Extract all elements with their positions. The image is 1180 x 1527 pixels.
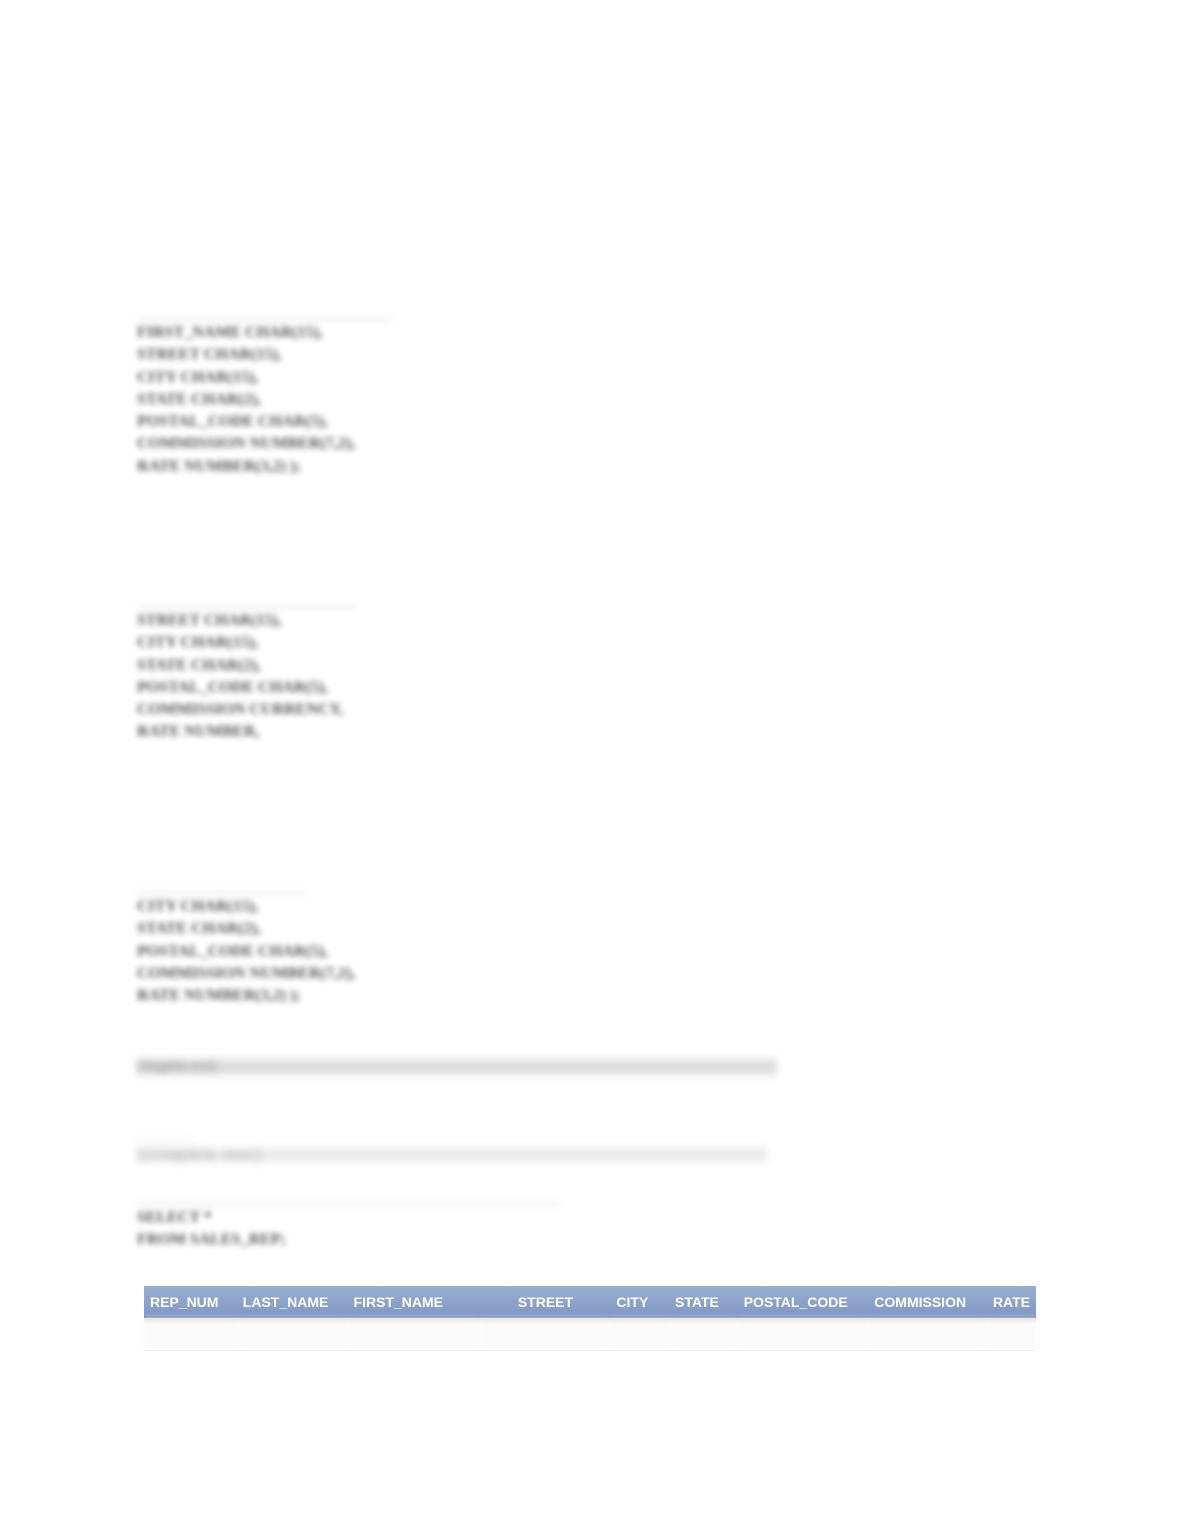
column-header-first-name: FIRST_NAME	[348, 1286, 481, 1318]
code-line: COMMISSION CURRENCY,	[137, 699, 357, 721]
code-line: FIRST_NAME CHAR(15),	[137, 322, 392, 344]
code-line: STREET CHAR(15),	[137, 610, 357, 632]
divider	[137, 606, 357, 608]
code-line: POSTAL_CODE CHAR(5),	[137, 941, 355, 963]
column-header-commission: COMMISSION	[868, 1286, 987, 1318]
code-line: RATE NUMBER(3,2) );	[137, 985, 355, 1007]
table-header-shadow	[144, 1316, 1036, 1324]
column-header-rate: RATE	[987, 1286, 1036, 1318]
code-line: STREET CHAR(15),	[137, 344, 392, 366]
create-table-block-3: CITY CHAR(15), STATE CHAR(2), POSTAL_COD…	[137, 892, 355, 1007]
code-line: COMMISSION NUMBER(7,2),	[137, 433, 392, 455]
create-table-block-2: STREET CHAR(15), CITY CHAR(15), STATE CH…	[137, 606, 357, 744]
code-line: FROM SALES_REP;	[137, 1229, 562, 1251]
code-line: POSTAL_CODE CHAR(5),	[137, 411, 392, 433]
code-line: RATE NUMBER(3,2) );	[137, 456, 392, 478]
code-line: SELECT *	[137, 1207, 562, 1229]
create-table-block-1: FIRST_NAME CHAR(15), STREET CHAR(15), CI…	[137, 318, 392, 478]
column-header-state: STATE	[669, 1286, 738, 1318]
column-header-city: CITY	[610, 1286, 669, 1318]
prose-line: [illegible text]	[137, 1059, 777, 1075]
divider	[137, 892, 307, 894]
code-line: CITY CHAR(15),	[137, 367, 392, 389]
column-header-last-name: LAST_NAME	[237, 1286, 348, 1318]
code-line: RATE NUMBER,	[137, 721, 357, 743]
code-line: STATE CHAR(2),	[137, 918, 355, 940]
code-line: CITY CHAR(15),	[137, 896, 355, 918]
divider	[137, 1203, 562, 1205]
insert-statement-block: [illegible text]	[137, 1140, 767, 1162]
code-line: COMMISSION NUMBER(7,2),	[137, 963, 355, 985]
select-query-block: SELECT * FROM SALES_REP;	[137, 1203, 562, 1252]
prose-paragraph: [illegible text]	[137, 1059, 777, 1075]
code-line: CITY CHAR(15),	[137, 632, 357, 654]
divider	[137, 1140, 192, 1142]
code-line: STATE CHAR(2),	[137, 655, 357, 677]
code-line: STATE CHAR(2),	[137, 389, 392, 411]
insert-statement: [illegible text]	[137, 1148, 767, 1162]
code-line: POSTAL_CODE CHAR(5),	[137, 677, 357, 699]
table-header-row: REP_NUM LAST_NAME FIRST_NAME STREET CITY…	[144, 1286, 1036, 1318]
column-header-postal-code: POSTAL_CODE	[738, 1286, 869, 1318]
column-header-rep-num: REP_NUM	[144, 1286, 237, 1318]
column-header-street: STREET	[480, 1286, 610, 1318]
divider	[137, 318, 392, 320]
